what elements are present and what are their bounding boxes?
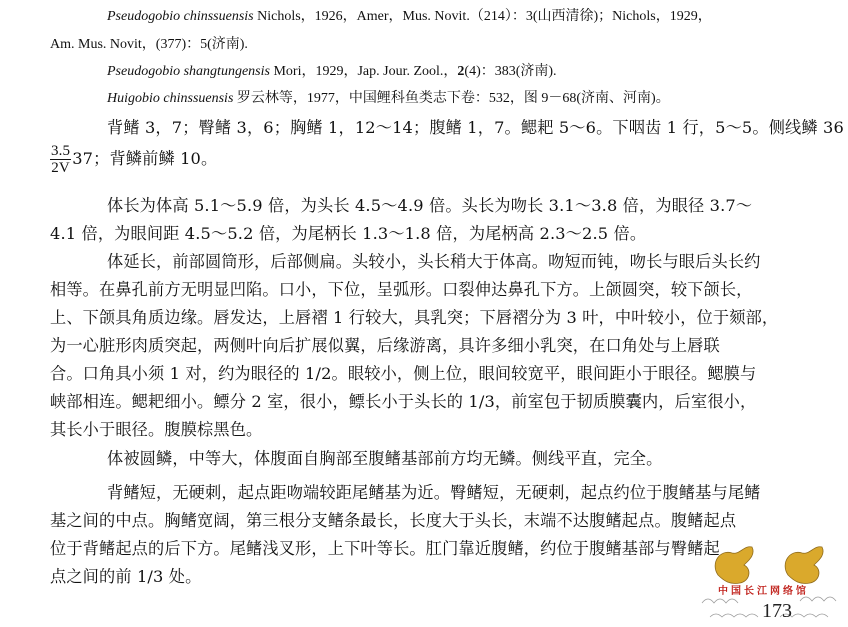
- synonym-1-continued: Am. Mus. Novit，(377)：5(济南).: [50, 35, 248, 55]
- body-line-6: 峡部相连。鳃耙细小。鳔分 2 室，很小，鳔长小于头长的 1/3，前室包于韧质膜囊…: [50, 392, 756, 412]
- fraction-denominator: 2V: [50, 160, 71, 176]
- body-line-7: 其长小于眼径。腹膜棕黑色。: [50, 420, 262, 440]
- fins-line-4: 点之间的前 1/3 处。: [50, 567, 201, 587]
- scales-line-1: 体被圆鳞，中等大，体腹面自胸部至腹鳍基部前方均无鳞。侧线平直，完全。: [107, 449, 662, 469]
- citation: (4)：383(济南).: [464, 64, 556, 79]
- page-number: 173: [762, 600, 792, 623]
- fins-line-3: 位于背鳍起点的后下方。尾鳍浅叉形，上下叶等长。肛门靠近腹鳍，约位于腹鳍基部与臀鳍…: [50, 539, 720, 559]
- species-name: Huigobio chinssuensis: [107, 91, 233, 106]
- body-line-1: 体延长，前部圆筒形，后部侧扁。头较小，头长稍大于体高。吻短而钝，吻长与眼后头长约: [107, 252, 761, 272]
- proportions-line-1: 体长为体高 5.1～5.9 倍，为头长 4.5～4.9 倍。头长为吻长 3.1～…: [107, 196, 752, 216]
- proportions-line-2: 4.1 倍，为眼间距 4.5～5.2 倍，为尾柄长 1.3～1.8 倍，为尾柄高…: [50, 224, 646, 244]
- citation: Nichols，1926，Amer，Mus. Novit.（214）：3(山西清…: [254, 9, 712, 24]
- body-line-2: 相等。在鼻孔前方无明显凹陷。口小，下位，呈弧形。口裂伸达鼻孔下方。上颌圆突，较下…: [50, 280, 753, 300]
- watermark-text: 中国长江网络馆: [718, 582, 809, 597]
- citation: Am. Mus. Novit，(377)：5(济南).: [50, 37, 248, 52]
- synonym-3: Huigobio chinssuensis 罗云林等，1977，中国鲤科鱼类志下…: [107, 89, 670, 109]
- citation: Mori，1929，Jap. Jour. Zool.，: [270, 64, 457, 79]
- synonym-2: Pseudogobio shangtungensis Mori，1929，Jap…: [107, 62, 557, 82]
- fins-line-2: 基之间的中点。胸鳍宽阔，第三根分支鳍条最长，长度大于头长，末端不达腹鳍起点。腹鳍…: [50, 511, 736, 531]
- fin-counts-line: 背鳍 3，7；臀鳍 3，6；胸鳍 1，12～14；腹鳍 1，7。鳃耙 5～6。下…: [107, 118, 844, 138]
- fin-counts-line-2: 3.5 2V 37；背鳞前鳞 10。: [50, 143, 217, 176]
- fraction-numerator: 3.5: [50, 143, 71, 160]
- citation: 罗云林等，1977，中国鲤科鱼类志下卷：532，图 9－68(济南、河南)。: [233, 91, 669, 106]
- body-line-3: 上、下颌具角质边缘。唇发达，上唇褶 1 行较大，具乳突；下唇褶分为 3 叶，中叶…: [50, 308, 778, 328]
- fins-line-1: 背鳍短，无硬刺，起点距吻端较距尾鳍基为近。臀鳍短，无硬刺，起点约位于腹鳍基与尾鳍: [107, 483, 761, 503]
- body-line-5: 合。口角具小须 1 对，约为眼径的 1/2。眼较小，侧上位，眼间较宽平，眼间距小…: [50, 364, 756, 384]
- counts-rest: 37；背鳞前鳞 10。: [72, 149, 217, 168]
- species-name: Pseudogobio shangtungensis: [107, 64, 270, 79]
- synonym-1: Pseudogobio chinssuensis Nichols，1926，Am…: [107, 7, 712, 27]
- body-line-4: 为一心脏形肉质突起，两侧叶向后扩展似翼，后缘游离，具许多细小乳突，在口角处与上唇…: [50, 336, 720, 356]
- lateral-line-fraction: 3.5 2V: [50, 143, 71, 176]
- species-name: Pseudogobio chinssuensis: [107, 9, 254, 24]
